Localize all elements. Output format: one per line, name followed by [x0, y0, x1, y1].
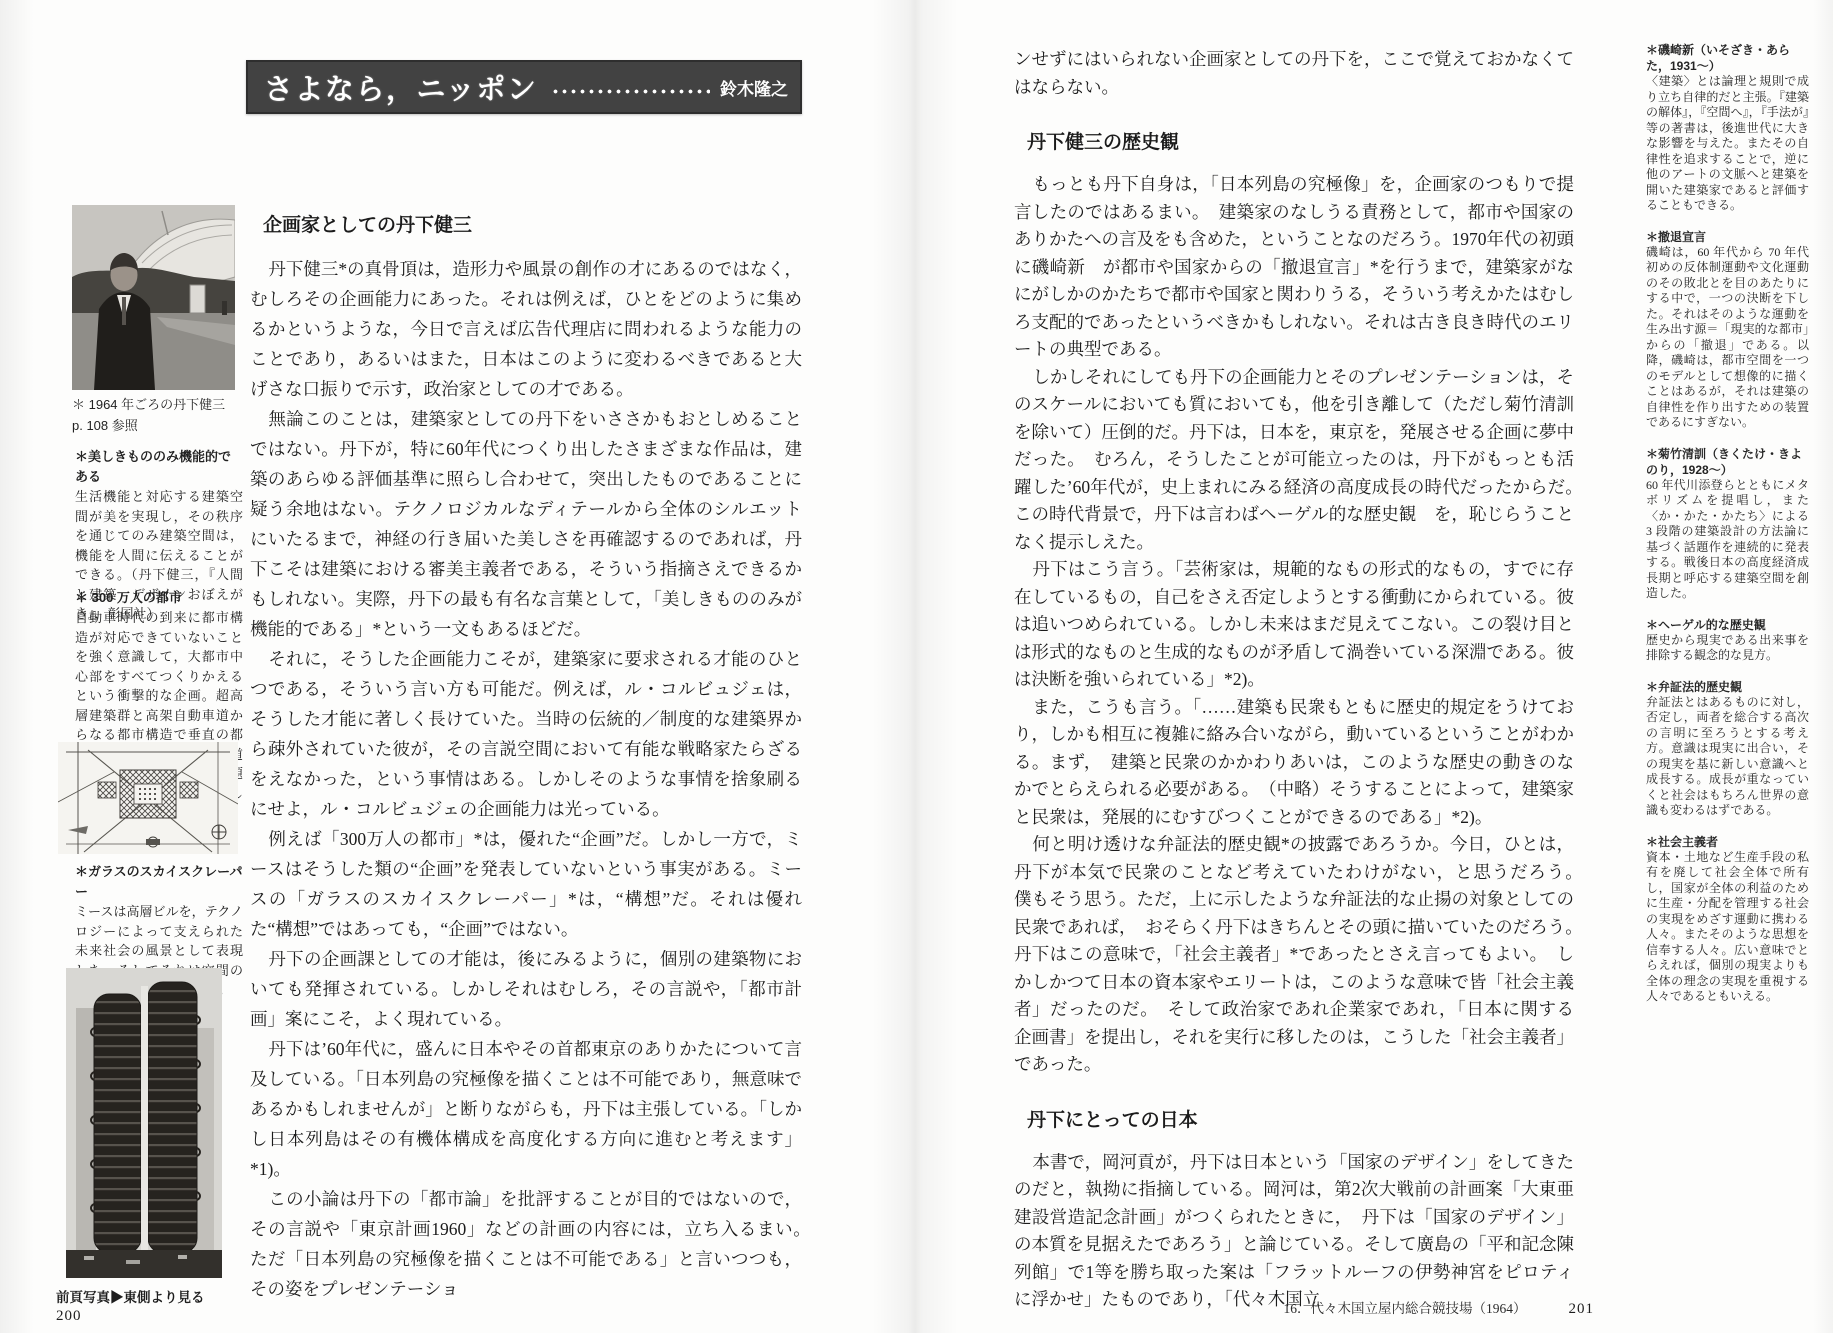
section-heading-planner: 企画家としての丹下健三	[263, 214, 802, 238]
dotted-leader-icon	[553, 89, 710, 94]
book-spread: さよなら，ニッポン 鈴木隆之 ＊ 1964 年ごろの丹下健三 p. 108 参照	[0, 0, 1833, 1333]
right-body-column: ンせずにはいられない企画家としての丹下を，ここで覚えておかなくてはならない。 丹…	[1014, 46, 1574, 1314]
portrait-caption-line1: ＊ 1964 年ごろの丹下健三	[72, 394, 247, 415]
page-edge-right	[1813, 0, 1833, 1333]
page-number-right: 201	[1569, 1301, 1595, 1318]
margin-note-title: ＊ガラスのスカイスクレーパー	[75, 862, 243, 902]
article-title-bar: さよなら，ニッポン 鈴木隆之	[246, 60, 802, 114]
body-paragraph: また，こうも言う。「……建築も民衆もともに歴史的規定をうけており，しかも相互に複…	[1014, 694, 1574, 832]
margin-note-kikutake: ＊菊竹清訓（きくたけ・きよのり，1928〜） 60 年代川添登らとともにメタボリ…	[1646, 446, 1809, 602]
margin-note-dialectic: ＊弁証法的歴史観 弁証法とはあるものに対し，否定し，両者を総合する高次の言明に至…	[1646, 679, 1809, 819]
page-edge-left	[0, 0, 34, 1333]
portrait-caption: ＊ 1964 年ごろの丹下健三 p. 108 参照	[72, 394, 247, 436]
tange-portrait-photo	[72, 205, 235, 395]
glass-skyscraper-illustration	[66, 968, 222, 1278]
body-paragraph: もっとも丹下自身は，「日本列島の究極像」を，企画家のつもりで提言したのではあるま…	[1014, 171, 1574, 364]
body-paragraph-continuation: ンせずにはいられない企画家としての丹下を，ここで覚えておかなくてはならない。	[1014, 46, 1574, 101]
margin-note-socialist: ＊社会主義者 資本・土地など生産手段の私有を廃して社会全体で所有し，国家が全体の…	[1646, 834, 1809, 1005]
margin-note-title: ＊磯崎新（いそざき・あらた，1931〜）	[1646, 42, 1809, 74]
prev-page-photo-caption: 前頁写真▶東側より見る	[56, 1286, 205, 1306]
page-number-left: 200	[56, 1308, 82, 1325]
margin-note-body: 〈建築〉とは論理と規則で成り立ち自律的だと主張。『建築の解体』，『空間へ』，『手…	[1646, 74, 1809, 214]
glass-skyscraper-photo	[66, 968, 222, 1283]
right-margin-notes: ＊磯崎新（いそざき・あらた，1931〜） 〈建築〉とは論理と規則で成り立ち自律的…	[1646, 42, 1809, 1020]
body-paragraph: 本書で，岡河貢が，丹下は日本という「国家のデザイン」をしてきたのだと，執拗に指摘…	[1014, 1149, 1574, 1314]
margin-note-title: ＊撤退宣言	[1646, 229, 1809, 245]
section-heading-japan-for-tange: 丹下にとっての日本	[1027, 1109, 1574, 1133]
margin-note-body: 歴史から現実である出来事を排除する観念的な見方。	[1646, 633, 1809, 664]
margin-note-title: ＊社会主義者	[1646, 834, 1809, 850]
city-plan-diagram	[58, 742, 238, 859]
section-heading-history-view: 丹下健三の歴史観	[1027, 131, 1574, 155]
margin-note-body: 弁証法とはあるものに対し，否定し，両者を総合する高次の言明に至ろうとする考え方。…	[1646, 695, 1809, 819]
body-paragraph: 無論このことは，建築家としての丹下をいささかもおとしめることではない。丹下が，特…	[250, 404, 802, 644]
margin-note-withdrawal: ＊撤退宣言 磯崎は，60 年代から 70 年代初めの反体制運動や文化運動のその敗…	[1646, 229, 1809, 431]
body-paragraph: それに，そうした企画能力こそが，建築家に要求される才能のひとつである，そういう言…	[250, 644, 802, 824]
margin-note-title: ＊ヘーゲル的な歴史観	[1646, 617, 1809, 633]
body-paragraph: 丹下は’60年代に，盛んに日本やその首都東京のありかたについて言及している。「日…	[250, 1034, 802, 1184]
portrait-caption-line2: p. 108 参照	[72, 415, 247, 436]
margin-note-title: ＊ 300 万人の都市	[75, 588, 243, 608]
body-paragraph: しかしそれにしても丹下の企画能力とそのプレゼンテーションは，そのスケールにおいて…	[1014, 364, 1574, 557]
margin-note-body: 磯崎は，60 年代から 70 年代初めの反体制運動や文化運動のその敗北とを目のあ…	[1646, 245, 1809, 431]
margin-note-title: ＊菊竹清訓（きくたけ・きよのり，1928〜）	[1646, 446, 1809, 478]
body-paragraph: 何と明け透けな弁証法的歴史観*の披露であろうか。今日，ひとは，丹下が本気で民衆の…	[1014, 831, 1574, 1079]
margin-note-isozaki: ＊磯崎新（いそざき・あらた，1931〜） 〈建築〉とは論理と規則で成り立ち自律的…	[1646, 42, 1809, 214]
margin-note-body: 60 年代川添登らとともにメタボリズムを提唱し，また〈か・かた・かたち〉による …	[1646, 478, 1809, 602]
body-paragraph: 丹下の企画課としての才能は，後にみるように，個別の建築物においても発揮されている…	[250, 944, 802, 1034]
chapter-footer-label: 16．代々木国立屋内総合競技場（1964）	[1284, 1297, 1527, 1317]
margin-note-title: ＊弁証法的歴史観	[1646, 679, 1809, 695]
city-plan-illustration	[58, 742, 238, 854]
margin-note-body: 資本・土地など生産手段の私有を廃して社会全体で所有し，国家が全体の利益のために生…	[1646, 850, 1809, 1005]
page-gutter-shadow	[872, 0, 958, 1333]
left-body-column: 企画家としての丹下健三 丹下健三*の真骨頂は，造形力や風景の創作の才にあるのでは…	[250, 214, 802, 1304]
article-title: さよなら，ニッポン	[264, 67, 537, 108]
body-paragraph: 丹下はこう言う。「芸術家は，規範的なもの形式的なもの，すでに存在しているもの，自…	[1014, 556, 1574, 694]
body-paragraph: 丹下健三*の真骨頂は，造形力や風景の創作の才にあるのではなく，むしろその企画能力…	[250, 254, 802, 404]
margin-note-hegelian: ＊ヘーゲル的な歴史観 歴史から現実である出来事を排除する観念的な見方。	[1646, 617, 1809, 664]
article-author: 鈴木隆之	[720, 75, 788, 100]
tange-portrait-illustration	[72, 205, 235, 390]
body-paragraph: この小論は丹下の「都市論」を批評することが目的ではないので，その言説や「東京計画…	[250, 1184, 802, 1304]
right-page-footer: 16．代々木国立屋内総合競技場（1964） 201	[1014, 1297, 1594, 1318]
body-paragraph: 例えば「300万人の都市」*は，優れた“企画”だ。しかし一方で，ミースはそうした…	[250, 824, 802, 944]
margin-note-title: ＊美しきもののみ機能的である	[75, 447, 243, 487]
